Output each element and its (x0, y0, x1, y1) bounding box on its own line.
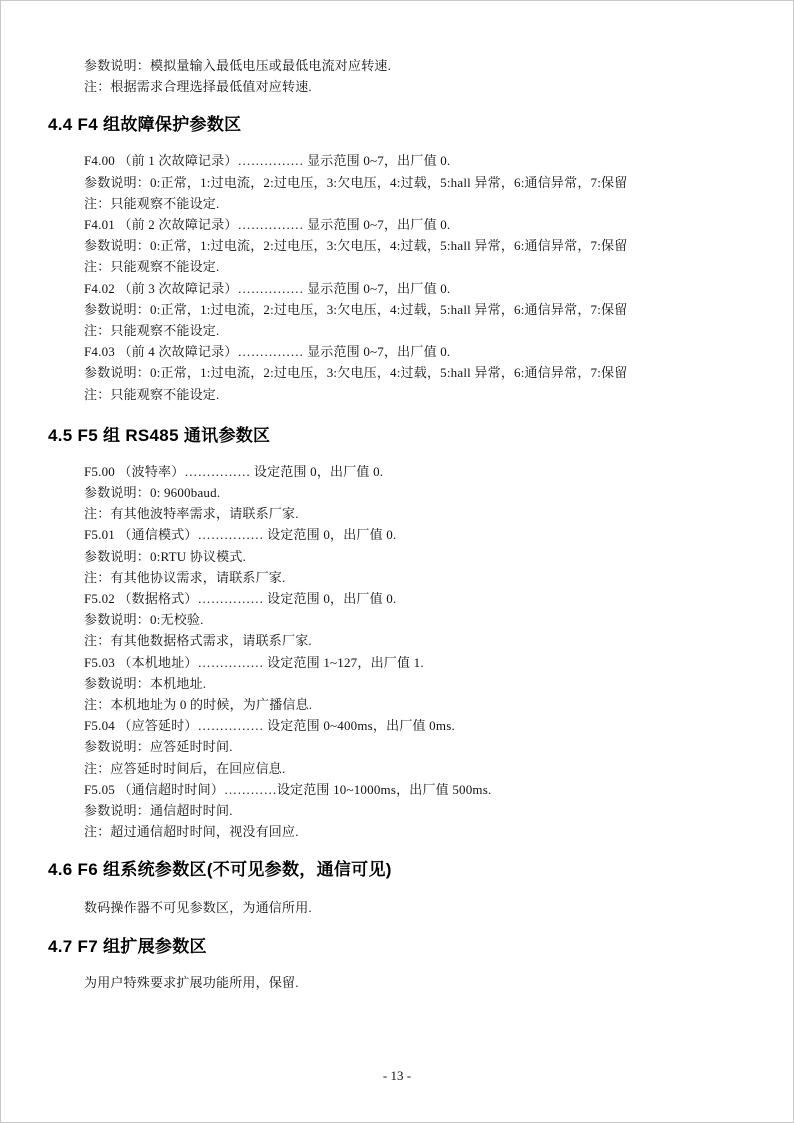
param-line: F5.03 （本机地址）…………… 设定范围 1~127，出厂值 1. (84, 652, 753, 673)
param-line: F4.03 （前 4 次故障记录）…………… 显示范围 0~7，出厂值 0. (84, 341, 753, 362)
page-number: - 13 - (1, 1067, 793, 1085)
intro-line: 参数说明：模拟量输入最低电压或最低电流对应转速. (84, 55, 753, 76)
note-line: 注：超过通信超时时间，视没有回应. (84, 821, 753, 842)
note-line: 注：应答延时时间后，在回应信息. (84, 758, 753, 779)
param-desc-line: 参数说明：应答延时时间. (84, 736, 753, 757)
param-line: F4.02 （前 3 次故障记录）…………… 显示范围 0~7，出厂值 0. (84, 278, 753, 299)
document-page: 参数说明：模拟量输入最低电压或最低电流对应转速. 注：根据需求合理选择最低值对应… (0, 0, 794, 1123)
param-desc-line: 参数说明：0:正常，1:过电流，2:过电压，3:欠电压，4:过载，5:hall … (84, 172, 753, 193)
section-heading-4-7: 4.7 F7 组扩展参数区 (48, 936, 753, 958)
param-line: F5.01 （通信模式）…………… 设定范围 0，出厂值 0. (84, 524, 753, 545)
param-desc-line: 参数说明：通信超时时间. (84, 800, 753, 821)
note-line: 注：有其他协议需求，请联系厂家. (84, 567, 753, 588)
section-body-line: 为用户特殊要求扩展功能所用，保留. (84, 972, 753, 993)
note-line: 注：本机地址为 0 的时候，为广播信息. (84, 694, 753, 715)
note-line: 注：只能观察不能设定. (84, 193, 753, 214)
param-line: F4.01 （前 2 次故障记录）…………… 显示范围 0~7，出厂值 0. (84, 214, 753, 235)
param-desc-line: 参数说明：本机地址. (84, 673, 753, 694)
intro-line: 注：根据需求合理选择最低值对应转速. (84, 76, 753, 97)
param-desc-line: 参数说明：0:正常，1:过电流，2:过电压，3:欠电压，4:过载，5:hall … (84, 362, 753, 383)
param-desc-line: 参数说明：0:无校验. (84, 609, 753, 630)
param-desc-line: 参数说明：0:正常，1:过电流，2:过电压，3:欠电压，4:过载，5:hall … (84, 235, 753, 256)
param-line: F5.04 （应答延时）…………… 设定范围 0~400ms，出厂值 0ms. (84, 715, 753, 736)
param-desc-line: 参数说明：0:RTU 协议模式. (84, 546, 753, 567)
section-heading-4-4: 4.4 F4 组故障保护参数区 (48, 114, 753, 136)
section-heading-4-5: 4.5 F5 组 RS485 通讯参数区 (48, 425, 753, 447)
section-body-line: 数码操作器不可见参数区，为通信所用. (84, 897, 753, 918)
section-heading-4-6: 4.6 F6 组系统参数区(不可见参数，通信可见) (48, 859, 753, 881)
param-desc-line: 参数说明：0: 9600baud. (84, 482, 753, 503)
note-line: 注：只能观察不能设定. (84, 384, 753, 405)
note-line: 注：有其他波特率需求，请联系厂家. (84, 503, 753, 524)
param-line: F5.05 （通信超时时间）…………设定范围 10~1000ms，出厂值 500… (84, 779, 753, 800)
note-line: 注：有其他数据格式需求，请联系厂家. (84, 630, 753, 651)
param-line: F5.00 （波特率）…………… 设定范围 0，出厂值 0. (84, 461, 753, 482)
note-line: 注：只能观察不能设定. (84, 320, 753, 341)
note-line: 注：只能观察不能设定. (84, 256, 753, 277)
param-line: F5.02 （数据格式）…………… 设定范围 0，出厂值 0. (84, 588, 753, 609)
param-desc-line: 参数说明：0:正常，1:过电流，2:过电压，3:欠电压，4:过载，5:hall … (84, 299, 753, 320)
param-line: F4.00 （前 1 次故障记录）…………… 显示范围 0~7，出厂值 0. (84, 150, 753, 171)
